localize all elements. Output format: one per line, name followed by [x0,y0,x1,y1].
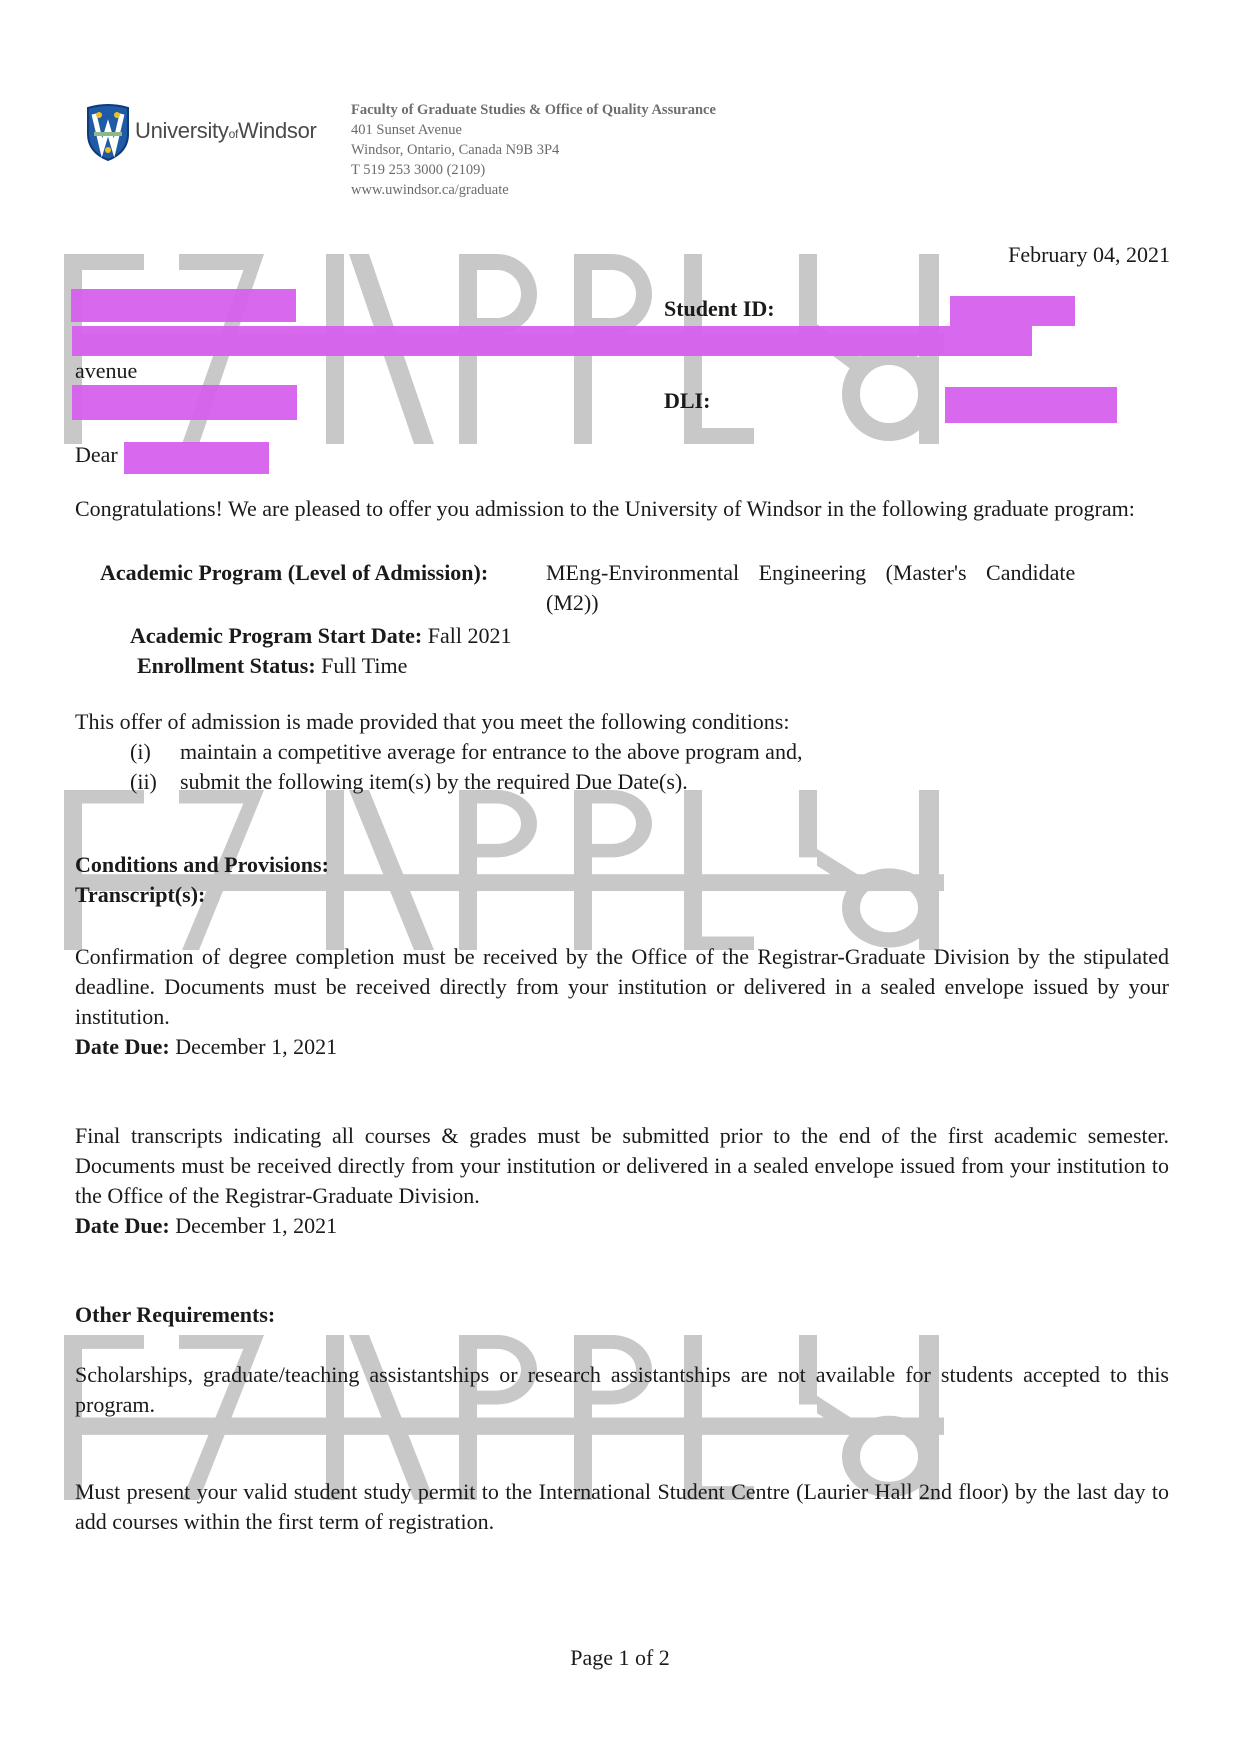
condition-marker: (i) [130,737,180,767]
start-date-value: Fall 2021 [428,623,512,648]
condition-item: (ii)submit the following item(s) by the … [130,767,688,797]
university-crest-icon [84,104,132,162]
start-date-label: Academic Program Start Date: [130,623,422,648]
redacted-dli [945,387,1117,423]
date-due-label: Date Due: [75,1213,170,1238]
conditions-heading: Conditions and Provisions: [75,850,329,880]
redacted-student-id [950,296,1075,326]
date-due-label: Date Due: [75,1034,170,1059]
enrollment-row: Enrollment Status: Full Time [137,651,407,681]
program-value-cont: (M2)) [546,588,599,618]
condition-marker: (ii) [130,767,180,797]
university-wordmark: UniversityofWindsor [135,118,317,144]
redacted-salutation-name [124,442,269,474]
enrollment-label: Enrollment Status: [137,653,316,678]
enrollment-value: Full Time [321,653,407,678]
condition-text: submit the following item(s) by the requ… [180,769,688,794]
condition-text: maintain a competitive average for entra… [180,739,802,764]
website-link[interactable]: www.uwindsor.ca/graduate [351,180,716,200]
redacted-city [72,385,297,420]
office-name: Faculty of Graduate Studies & Office of … [351,100,716,120]
address-fragment: avenue [75,356,137,386]
address-line: 401 Sunset Avenue [351,120,716,140]
program-label: Academic Program (Level of Admission): [100,558,488,588]
address-line: Windsor, Ontario, Canada N9B 3P4 [351,140,716,160]
condition-item: (i)maintain a competitive average for en… [130,737,802,767]
student-id-label: Student ID: [664,296,775,322]
transcripts-heading: Transcript(s): [75,880,205,910]
dli-label: DLI: [664,388,710,414]
other-requirement-1: Scholarships, graduate/teaching assistan… [75,1360,1169,1420]
other-requirement-2: Must present your valid student study pe… [75,1477,1169,1537]
redacted-address [72,326,1032,356]
date-due-row: Date Due: December 1, 2021 [75,1032,337,1062]
date-due-value: December 1, 2021 [175,1213,337,1238]
conditions-intro: This offer of admission is made provided… [75,707,789,737]
start-date-row: Academic Program Start Date: Fall 2021 [130,621,511,651]
program-value: MEng-Environmental Engineering (Master's… [546,558,1156,588]
other-requirements-heading: Other Requirements: [75,1300,275,1330]
page-number: Page 1 of 2 [0,1645,1240,1671]
date-due-value: December 1, 2021 [175,1034,337,1059]
letter-date: February 04, 2021 [1008,242,1170,268]
transcript-requirement-2: Final transcripts indicating all courses… [75,1121,1169,1211]
salutation: Dear [75,440,118,470]
transcript-requirement-1: Confirmation of degree completion must b… [75,942,1169,1032]
date-due-row: Date Due: December 1, 2021 [75,1211,337,1241]
phone: T 519 253 3000 (2109) [351,160,716,180]
redacted-name [71,289,296,322]
intro-paragraph: Congratulations! We are pleased to offer… [75,494,1169,524]
office-address-block: Faculty of Graduate Studies & Office of … [351,100,716,200]
